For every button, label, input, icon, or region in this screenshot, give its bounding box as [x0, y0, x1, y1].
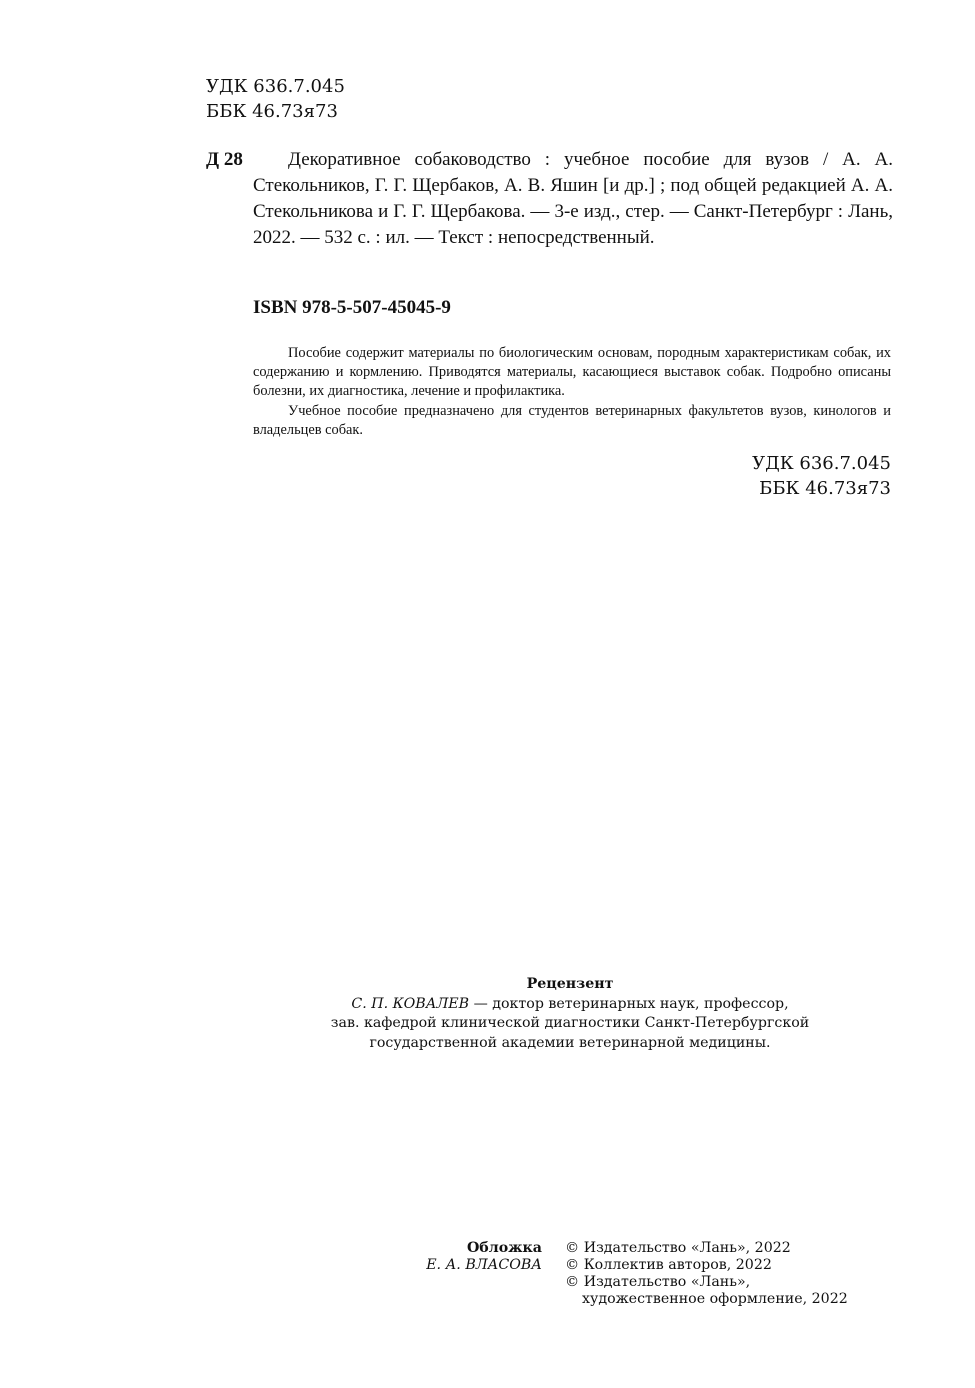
annotation-paragraph: Пособие содержит материалы по биологичес…: [253, 344, 891, 402]
copyright-line: © Издательство «Лань»,: [565, 1274, 848, 1291]
bottom-classification-codes: УДК 636.7.045 ББК 46.73я73: [752, 451, 891, 501]
reviewer-line-1: С. П. КОВАЛЕВ — доктор ветеринарных наук…: [290, 995, 850, 1015]
top-classification-codes: УДК 636.7.045 ББК 46.73я73: [206, 74, 345, 124]
cover-heading: Обложка: [380, 1240, 542, 1257]
copyright-line: © Коллектив авторов, 2022: [565, 1257, 848, 1274]
bibliographic-text: Декоративное собаководство : учебное пос…: [253, 149, 893, 248]
cover-artist: Е. А. ВЛАСОВА: [380, 1257, 542, 1274]
bbk-code: ББК 46.73я73: [206, 99, 345, 124]
bbk-code: ББК 46.73я73: [752, 476, 891, 501]
udk-code: УДК 636.7.045: [206, 74, 345, 99]
reviewer-line-2: зав. кафедрой клинической диагностики Са…: [290, 1014, 850, 1034]
reviewer-heading: Рецензент: [290, 975, 850, 995]
author-mark: Д 28: [206, 147, 243, 173]
copyright-block: © Издательство «Лань», 2022 © Коллектив …: [565, 1240, 848, 1308]
copyright-line: © Издательство «Лань», 2022: [565, 1240, 848, 1257]
reviewer-block: Рецензент С. П. КОВАЛЕВ — доктор ветерин…: [290, 975, 850, 1053]
udk-code: УДК 636.7.045: [752, 451, 891, 476]
copyright-line: художественное оформление, 2022: [565, 1291, 848, 1308]
cover-credit: Обложка Е. А. ВЛАСОВА: [380, 1240, 542, 1274]
reviewer-name: С. П. КОВАЛЕВ: [351, 996, 469, 1012]
annotation: Пособие содержит материалы по биологичес…: [253, 344, 891, 440]
isbn: ISBN 978-5-507-45045-9: [253, 295, 451, 321]
bibliographic-description: Декоративное собаководство : учебное пос…: [253, 147, 893, 251]
annotation-paragraph: Учебное пособие предназначено для студен…: [253, 402, 891, 440]
reviewer-line-3: государственной академии ветеринарной ме…: [290, 1034, 850, 1054]
reviewer-credentials: — доктор ветеринарных наук, профессор,: [469, 996, 789, 1012]
